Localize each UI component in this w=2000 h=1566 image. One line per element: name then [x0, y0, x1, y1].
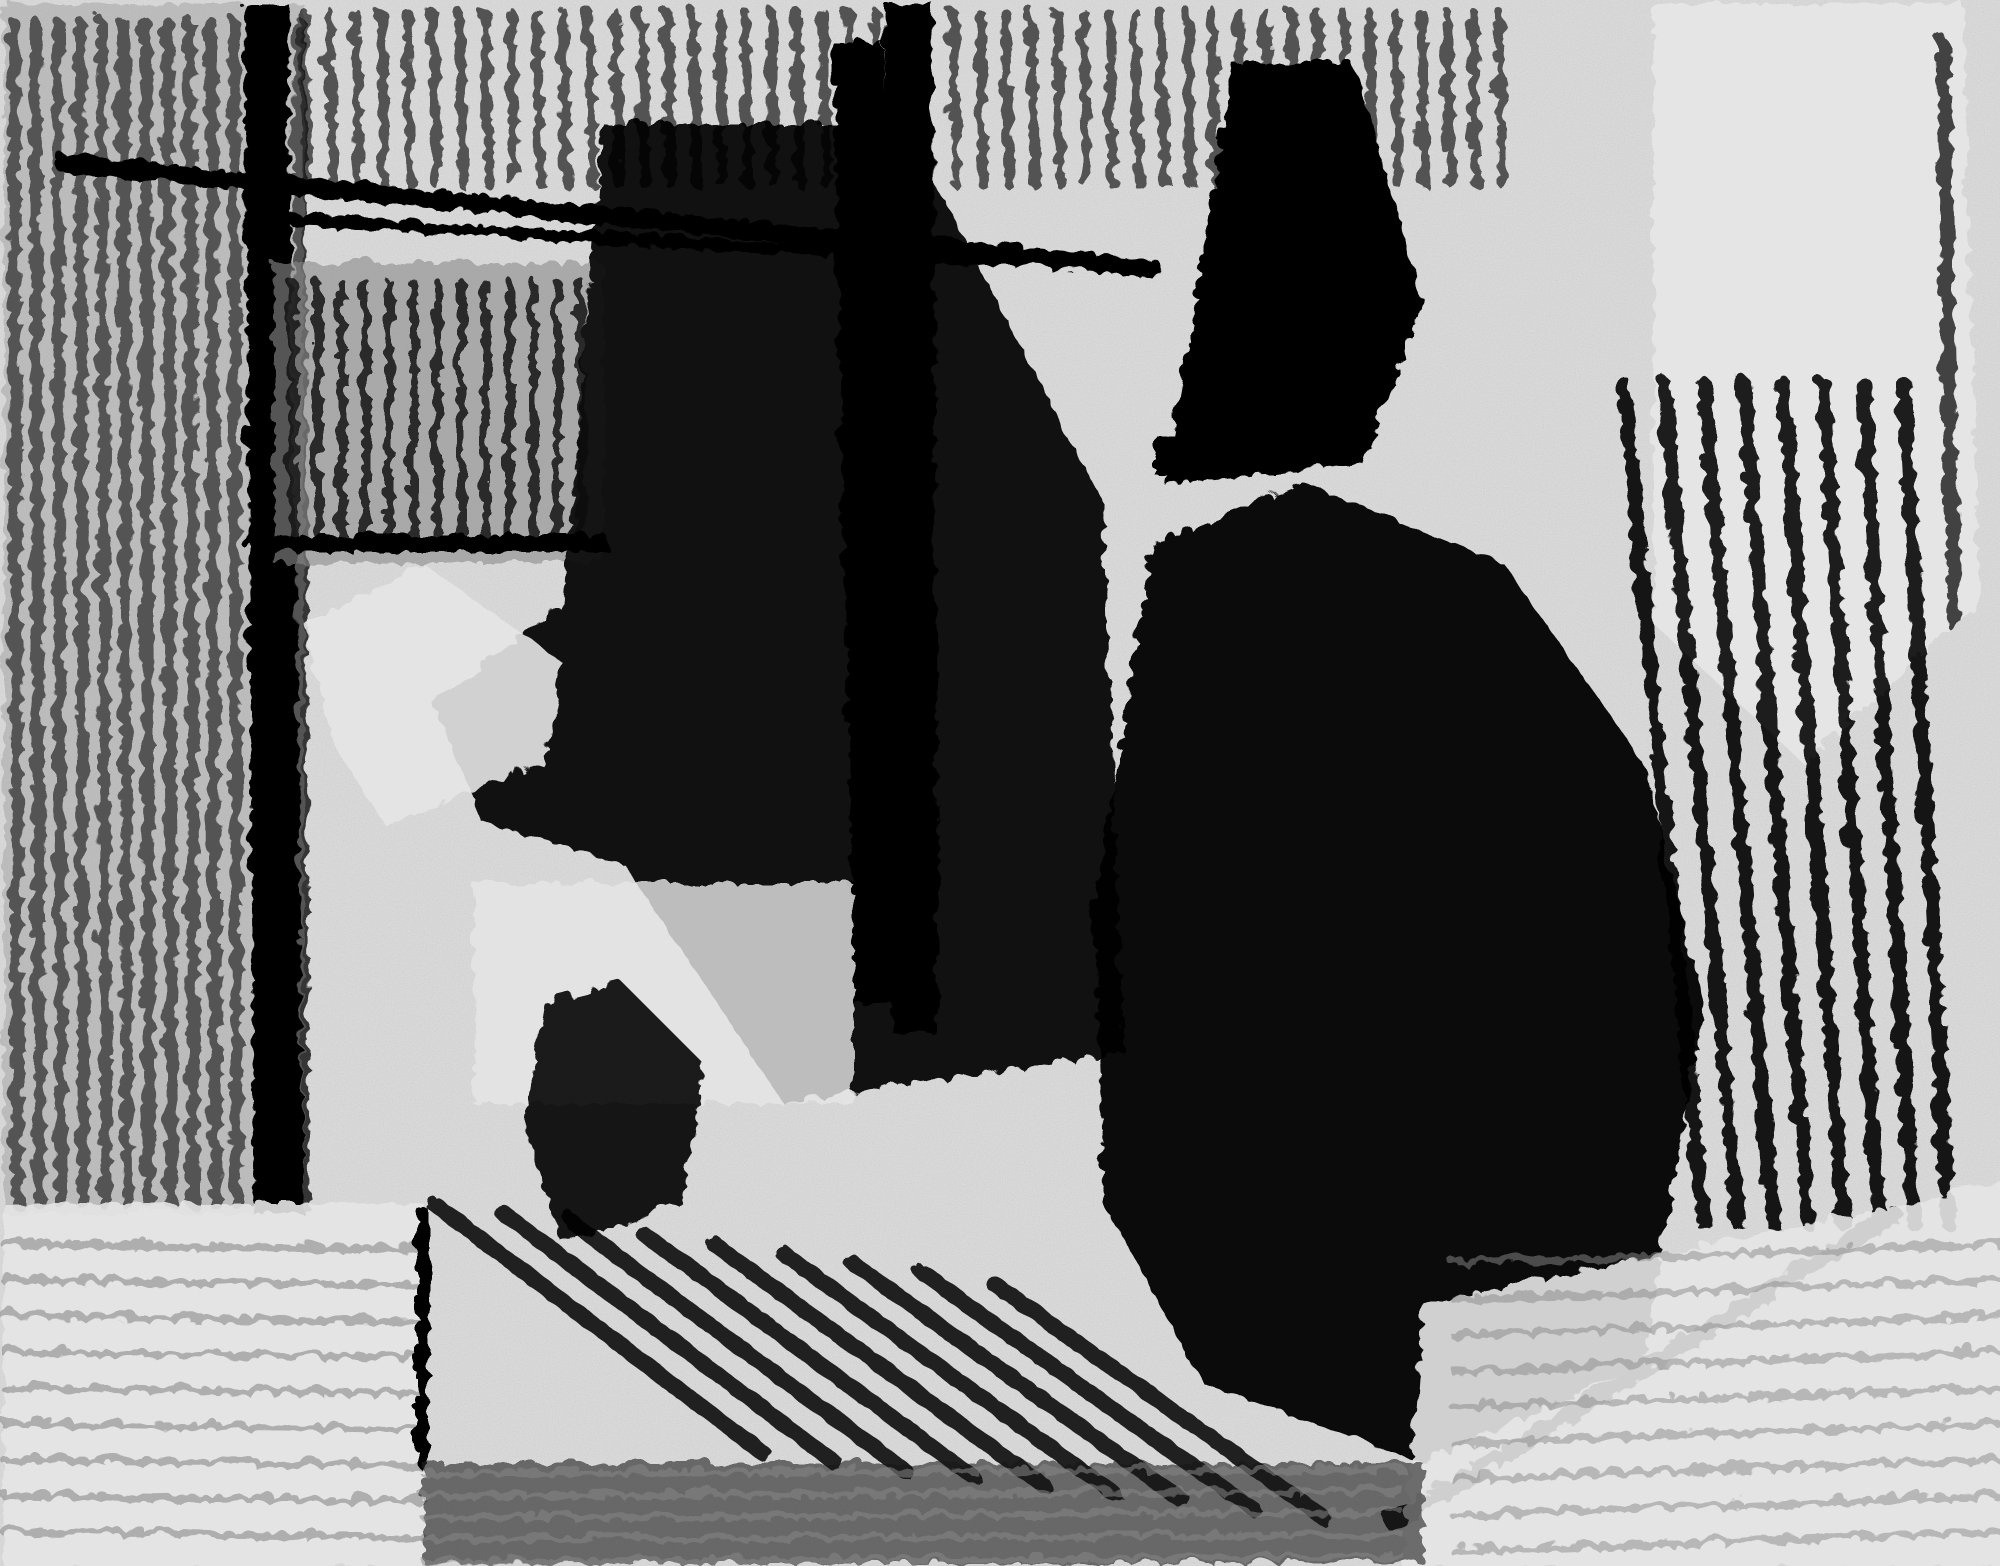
sketch-drawing: [0, 0, 2000, 1566]
charcoal-sketch: Monochrome charcoal sketch of an interio…: [0, 0, 2000, 1566]
